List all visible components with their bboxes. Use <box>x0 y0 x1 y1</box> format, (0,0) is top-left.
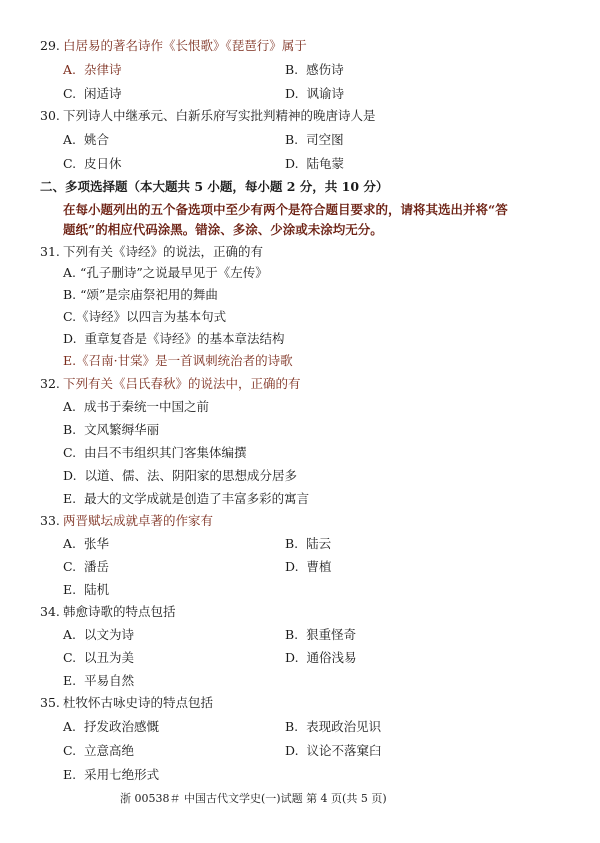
question-number: 35. <box>40 695 60 711</box>
option-a: A. 张华 <box>63 536 109 552</box>
question-text: 韩愈诗歌的特点包括 <box>63 604 176 620</box>
option-c: C. 闲适诗 <box>63 86 122 102</box>
option-b: B. 司空图 <box>285 132 344 148</box>
option-c: C. 皮日休 <box>63 156 122 172</box>
question-text: 白居易的著名诗作《长恨歌》《琵琶行》属于 <box>63 38 307 54</box>
section-instruction: 题纸”的相应代码涂黑。错涂、多涂、少涂或未涂均无分。 <box>63 222 383 238</box>
question-text: 下列诗人中继承元、白新乐府写实批判精神的晚唐诗人是 <box>63 108 376 124</box>
question-number: 33. <box>40 513 60 529</box>
option-a: A. 以文为诗 <box>63 627 134 643</box>
option-a: A. 杂律诗 <box>63 62 121 78</box>
question-text: 下列有关《吕氏春秋》的说法中，正确的有 <box>63 376 301 392</box>
question-number: 31. <box>40 244 60 260</box>
question-text: 杜牧怀古咏史诗的特点包括 <box>63 695 213 711</box>
question-text: 下列有关《诗经》的说法，正确的有 <box>63 244 263 260</box>
question-text: 两晋赋坛成就卓著的作家有 <box>63 513 213 529</box>
section-heading: 二、多项选择题（本大题共 5 小题，每小题 2 分，共 10 分） <box>40 179 388 195</box>
option-c: C. 潘岳 <box>63 559 109 575</box>
question-number: 34. <box>40 604 60 620</box>
option-d: D. 议论不落窠臼 <box>285 743 382 759</box>
option-a: A. 抒发政治感慨 <box>63 719 159 735</box>
option-a: A. 姚合 <box>63 132 109 148</box>
question-number: 29. <box>40 38 60 54</box>
option-d: D. 陆龟蒙 <box>285 156 344 172</box>
question-number: 32. <box>40 376 60 392</box>
option-b: B. 感伤诗 <box>285 62 344 78</box>
option-d: D. 通俗浅易 <box>285 650 357 666</box>
option-c: C. 以丑为美 <box>63 650 134 666</box>
option-b: B. 陆云 <box>285 536 331 552</box>
page-footer: 浙 00538＃ 中国古代文学史(一)试题 第 4 页(共 5 页) <box>120 790 387 806</box>
option-b: B. 狠重怪奇 <box>285 627 356 643</box>
option-d: D. 曹植 <box>285 559 332 575</box>
section-instruction: 在每小题列出的五个备选项中至少有两个是符合题目要求的，请将其选出并将“答 <box>63 202 508 218</box>
option-c: C. 立意高绝 <box>63 743 134 759</box>
option-d: D. 讽谕诗 <box>285 86 344 102</box>
question-number: 30. <box>40 108 60 124</box>
option-b: B. 表现政治见识 <box>285 719 381 735</box>
